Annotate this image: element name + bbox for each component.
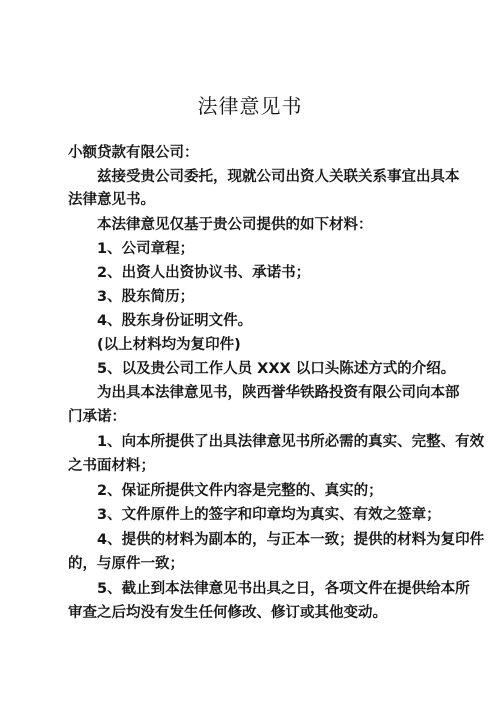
paragraph-line-mat-4: 4、股东身份证明文件。 <box>97 311 252 331</box>
paragraph-line-p1-b: 之书面材料； <box>68 456 155 476</box>
paragraph-line-mat-2: 2、出资人出资协议书、承诺书； <box>97 263 310 283</box>
paragraph-line-p4-a: 4、提供的材料为副本的，与正本一致；提供的材料为复印件 <box>97 530 484 550</box>
paragraph-line-intro-1: 兹接受贵公司委托，现就公司出资人关联关系事宜出具本 <box>97 167 460 187</box>
document-page: 法律意见书 小额贷款有限公司： 兹接受贵公司委托，现就公司出资人关联关系事宜出具… <box>0 0 500 708</box>
paragraph-line-p1-a: 1、向本所提供了出具法律意见书所必需的真实、完整、有效 <box>97 432 484 452</box>
addressee: 小额贷款有限公司： <box>68 143 199 163</box>
paragraph-line-p2: 2、保证所提供文件内容是完整的、真实的； <box>97 481 383 501</box>
paragraph-line-p5-b: 审查之后均没有发生任何修改、修订或其他变动。 <box>68 603 387 623</box>
paragraph-line-mat-5: 5、以及贵公司工作人员 XXX 以口头陈述方式的介绍。 <box>97 359 455 379</box>
paragraph-line-basis: 本法律意见仅基于贵公司提供的如下材料： <box>97 215 373 235</box>
paragraph-line-copies-note: (以上材料均为复印件) <box>97 335 241 355</box>
paragraph-line-intro-2: 法律意见书。 <box>68 190 155 210</box>
paragraph-line-p4-b: 的，与原件一致； <box>68 554 184 574</box>
paragraph-line-promise-2: 门承诺： <box>68 407 126 427</box>
paragraph-line-promise-1: 为出具本法律意见书，陕西誉华铁路投资有限公司向本部 <box>97 383 460 403</box>
paragraph-line-mat-3: 3、股东简历； <box>97 287 194 307</box>
paragraph-line-p3: 3、文件原件上的签字和印章均为真实、有效之签章； <box>97 505 441 525</box>
paragraph-line-mat-1: 1、公司章程； <box>97 239 194 259</box>
document-title: 法律意见书 <box>0 90 500 119</box>
paragraph-line-p5-a: 5、截止到本法律意见书出具之日，各项文件在提供给本所 <box>97 579 470 599</box>
